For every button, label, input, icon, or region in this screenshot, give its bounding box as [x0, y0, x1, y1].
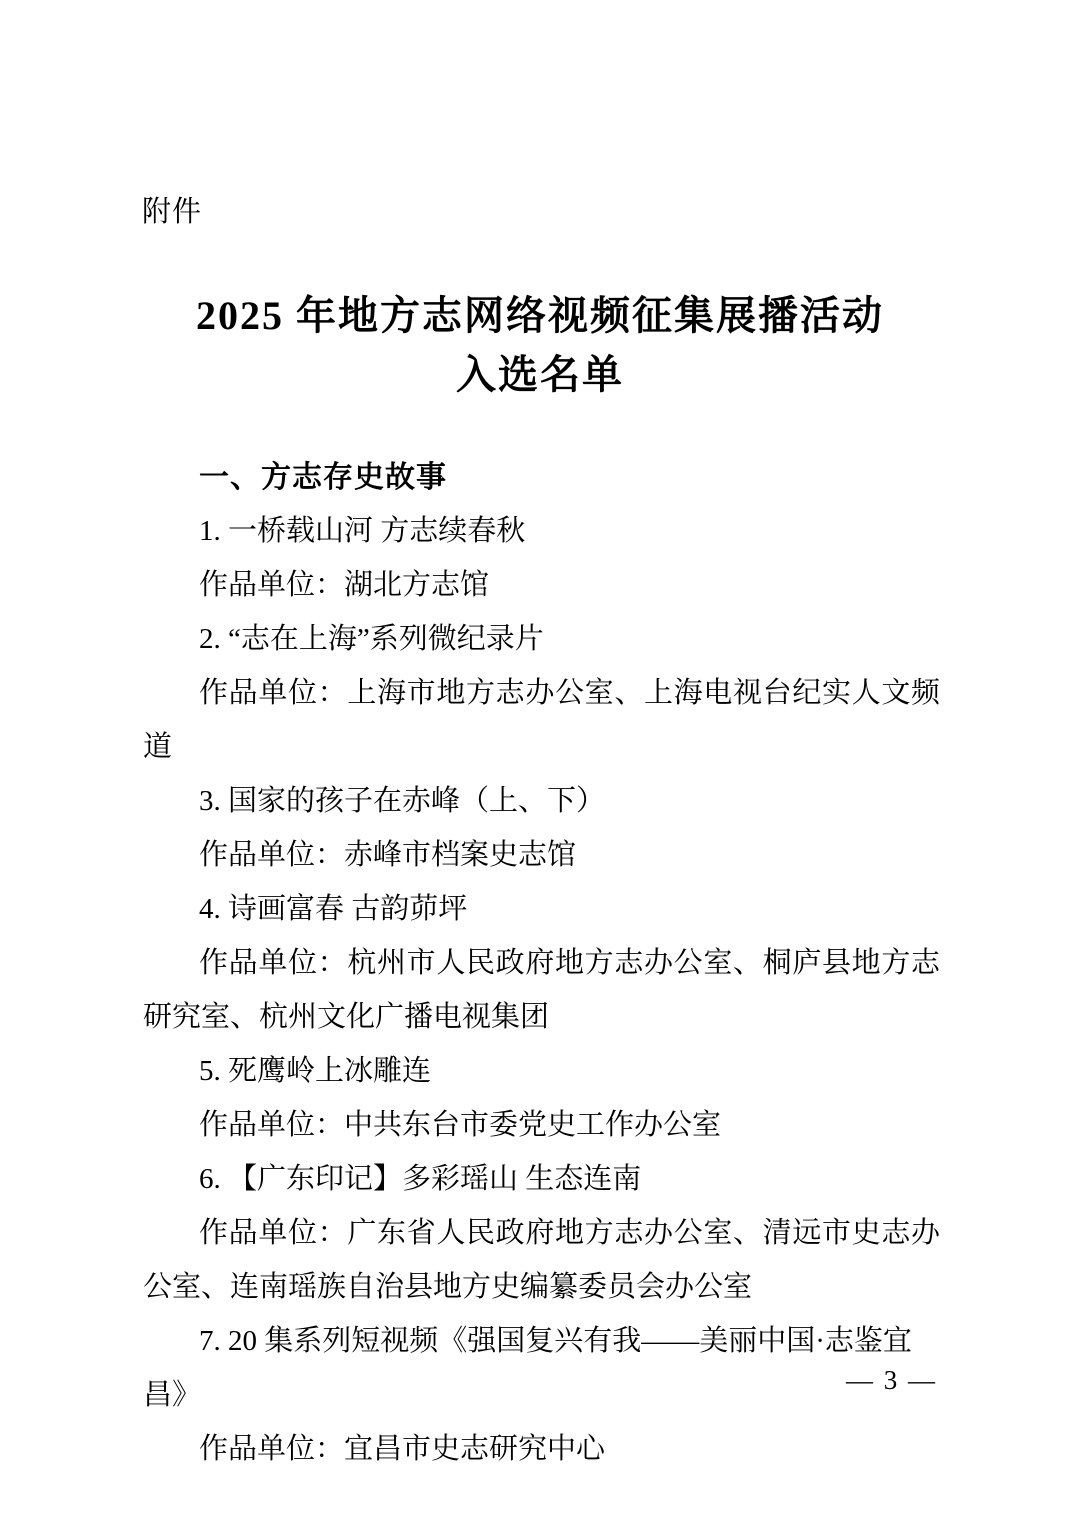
entry-3-unit: 作品单位：赤峰市档案史志馆: [143, 828, 940, 882]
entry-1-unit: 作品单位：湖北方志馆: [143, 558, 940, 612]
entry-4-title: 4. 诗画富春 古韵茆坪: [143, 882, 940, 936]
entry-list: 1. 一桥载山河 方志续春秋 作品单位：湖北方志馆 2. “志在上海”系列微纪录…: [143, 504, 940, 1476]
entry-6-unit: 作品单位：广东省人民政府地方志办公室、清远市史志办公室、连南瑶族自治县地方史编纂…: [143, 1206, 940, 1314]
document-title: 2025 年地方志网络视频征集展播活动 入选名单: [0, 286, 1080, 404]
entry-4-unit: 作品单位：杭州市人民政府地方志办公室、桐庐县地方志研究室、杭州文化广播电视集团: [143, 936, 940, 1044]
entry-5-title: 5. 死鹰岭上冰雕连: [143, 1044, 940, 1098]
entry-1-title: 1. 一桥载山河 方志续春秋: [143, 504, 940, 558]
entry-2-title: 2. “志在上海”系列微纪录片: [143, 612, 940, 666]
entry-3-title: 3. 国家的孩子在赤峰（上、下）: [143, 774, 940, 828]
entry-5-unit: 作品单位：中共东台市委党史工作办公室: [143, 1098, 940, 1152]
document-title-line-1: 2025 年地方志网络视频征集展播活动: [0, 286, 1080, 345]
entry-6-title: 6. 【广东印记】多彩瑶山 生态连南: [143, 1152, 940, 1206]
entry-7-unit: 作品单位：宜昌市史志研究中心: [143, 1422, 940, 1476]
attachment-label: 附件: [142, 194, 202, 230]
entry-7-title: 7. 20 集系列短视频《强国复兴有我——美丽中国·志鉴宜昌》: [143, 1314, 940, 1422]
section-heading: 一、方志存史故事: [199, 459, 447, 497]
page-number: — 3 —: [846, 1364, 937, 1396]
entry-2-unit: 作品单位：上海市地方志办公室、上海电视台纪实人文频道: [143, 666, 940, 774]
document-page: 附件 2025 年地方志网络视频征集展播活动 入选名单 一、方志存史故事 1. …: [0, 0, 1080, 1529]
document-title-line-2: 入选名单: [0, 345, 1080, 404]
